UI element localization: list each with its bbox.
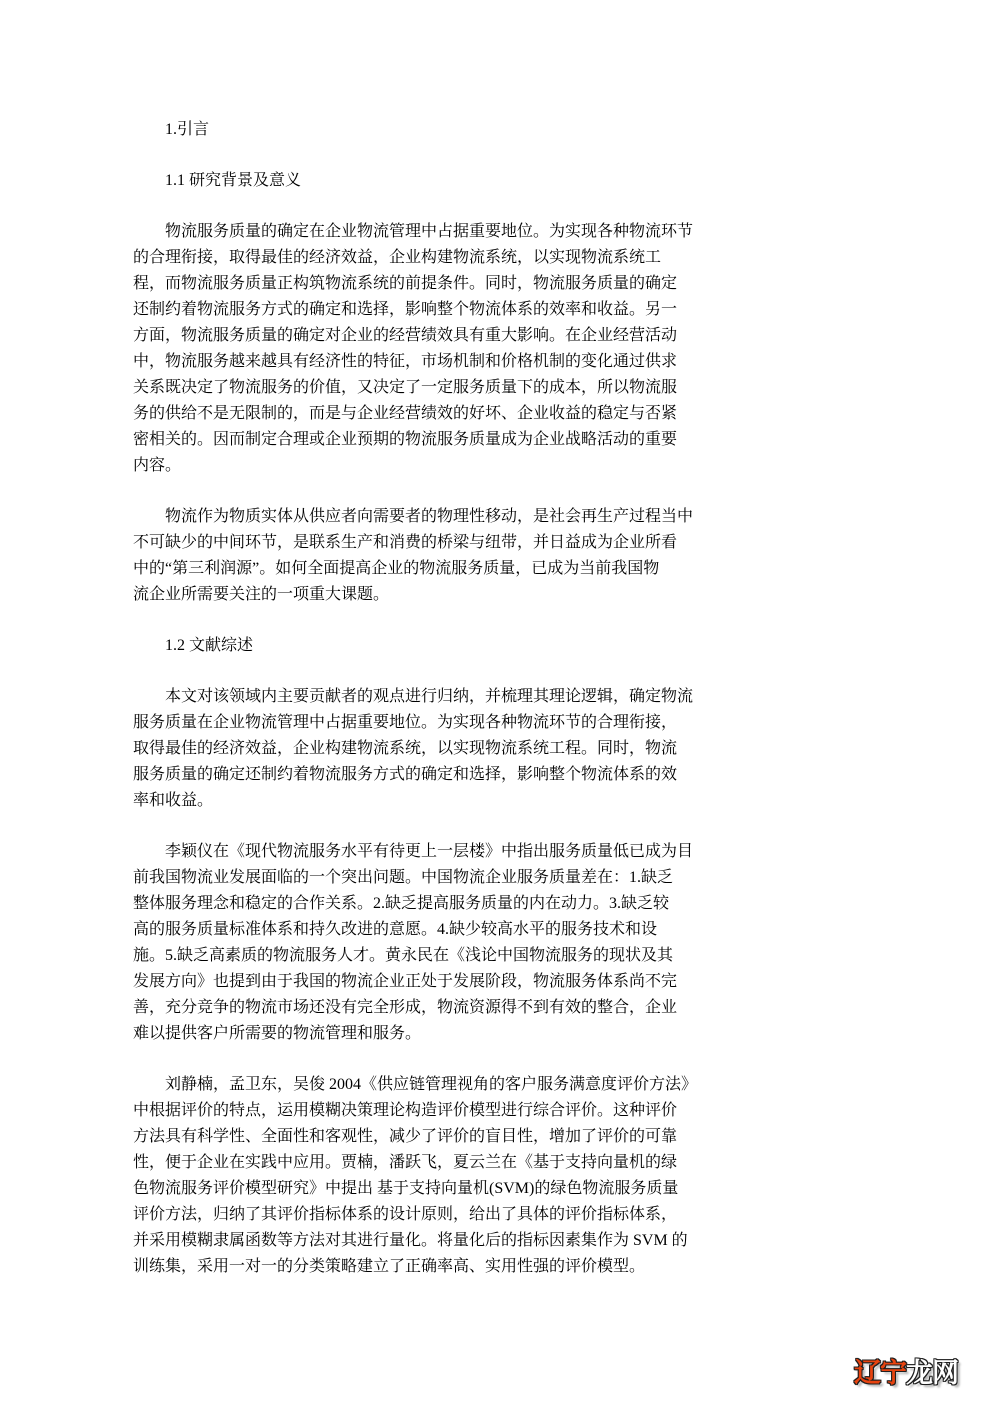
section-heading-introduction: 1.引言 xyxy=(133,117,833,143)
document-page: 1.引言 1.1 研究背景及意义 物流服务质量的确定在企业物流管理中占据重要地位… xyxy=(0,0,993,1404)
paragraph-literature-3: 刘静楠，孟卫东，吴俊 2004《供应链管理视角的客户服务满意度评价方法》 中根据… xyxy=(133,1072,833,1280)
paragraph-literature-1: 本文对该领域内主要贡献者的观点进行归纳，并梳理其理论逻辑，确定物流 服务质量在企… xyxy=(133,684,833,814)
paragraph-background-1: 物流服务质量的确定在企业物流管理中占据重要地位。为实现各种物流环节 的合理衔接，… xyxy=(133,219,833,479)
section-heading-literature-review: 1.2 文献综述 xyxy=(133,633,833,659)
section-heading-background: 1.1 研究背景及意义 xyxy=(133,168,833,194)
document-body: 1.引言 1.1 研究背景及意义 物流服务质量的确定在企业物流管理中占据重要地位… xyxy=(133,117,833,1280)
paragraph-background-2: 物流作为物质实体从供应者向需要者的物理性移动，是社会再生产过程当中 不可缺少的中… xyxy=(133,504,833,608)
site-watermark: 辽宁龙网 xyxy=(854,1356,958,1390)
watermark-text-white: 龙网 xyxy=(906,1358,958,1388)
paragraph-literature-2: 李颖仪在《现代物流服务水平有待更上一层楼》中指出服务质量低已成为目 前我国物流业… xyxy=(133,839,833,1047)
watermark-text-red: 辽宁 xyxy=(854,1358,906,1388)
